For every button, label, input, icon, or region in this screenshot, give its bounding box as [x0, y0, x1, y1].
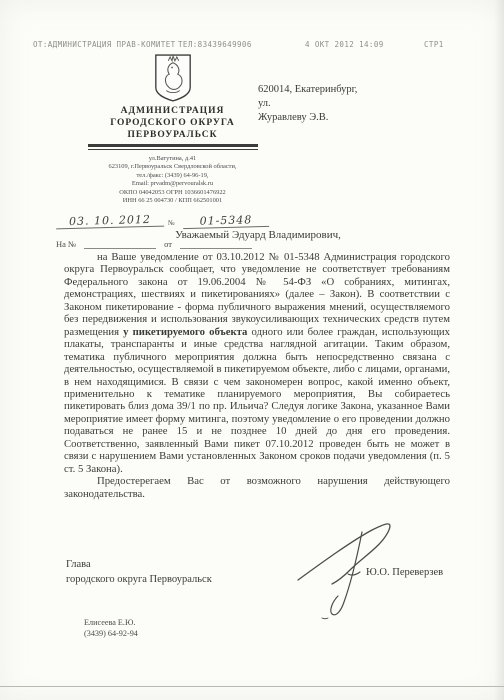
letterhead-divider	[88, 144, 258, 150]
executor-name: Елисеева Е.Ю.	[84, 617, 138, 628]
number-sign: №	[168, 219, 175, 227]
scan-edge-shade	[494, 0, 504, 700]
signatory-title-line1: Глава	[66, 557, 212, 572]
address-line: ОКПО 04042053 ОГРН 1036601476922	[50, 189, 295, 197]
address-line: тел./факс: (3439) 64-96-19,	[50, 172, 295, 180]
fax-datetime: 4 ОКТ 2012 14:09	[305, 40, 384, 49]
recipient-postcode-city: 620014, Екатеринбург,	[258, 83, 357, 97]
address-line: Email: prvadm@pervouralsk.ru	[50, 180, 295, 188]
recipient-block: 620014, Екатеринбург, ул. Журавлеву Э.В.	[258, 83, 357, 125]
paragraph-text: на Ваше уведомление от 03.10.2012 № 01-5…	[64, 251, 450, 338]
body-paragraph-1: на Ваше уведомление от 03.10.2012 № 01-5…	[64, 251, 450, 475]
letterhead-address: ул.Ватутина, д.41 623109, г.Первоуральск…	[50, 155, 295, 205]
paragraph-text: одного или более граждан, использующих п…	[64, 326, 450, 475]
registration-number-handwritten: 01-5348	[183, 213, 269, 229]
letter-body: на Ваше уведомление от 03.10.2012 № 01-5…	[64, 251, 450, 500]
recipient-name: Журавлеву Э.В.	[258, 111, 357, 125]
fax-sender: ОТ:АДМИНИСТРАЦИЯ ПРАВ-КОМИТЕТ	[33, 40, 176, 49]
fax-telephone: ТЕЛ:83439649906	[178, 40, 252, 49]
signatory-name: Ю.О. Переверзев	[366, 567, 443, 578]
fax-page-number: СТР1	[424, 40, 444, 49]
signatory-title: Глава городского округа Первоуральск	[66, 557, 212, 587]
address-line: ИНН 66 25 004730 / КПП 662501001	[50, 197, 295, 205]
address-line: ул.Ватутина, д.41	[50, 155, 295, 163]
coat-of-arms-icon	[152, 54, 194, 102]
registration-date-handwritten: 03. 10. 2012	[56, 213, 164, 230]
address-line: 623109, г.Первоуральск Свердловской обла…	[50, 163, 295, 171]
scanned-letter-page: ОТ:АДМИНИСТРАЦИЯ ПРАВ-КОМИТЕТ ТЕЛ:834396…	[0, 0, 504, 700]
executor-phone: (3439) 64-92-94	[84, 628, 138, 639]
salutation: Уважаемый Эдуард Владимирович,	[66, 229, 450, 241]
body-paragraph-2: Предостерегаем Вас от возможного нарушен…	[64, 475, 450, 500]
bold-phrase: у пикетируемого объекта	[123, 326, 247, 338]
registration-line: 03. 10. 2012 № 01-5348	[50, 214, 295, 228]
org-name-line3: ПЕРВОУРАЛЬСК	[50, 129, 295, 141]
recipient-street: ул.	[258, 97, 357, 111]
scan-edge-line	[0, 686, 504, 687]
executor-block: Елисеева Е.Ю. (3439) 64-92-94	[84, 617, 138, 639]
signatory-title-line2: городского округа Первоуральск	[66, 572, 212, 587]
